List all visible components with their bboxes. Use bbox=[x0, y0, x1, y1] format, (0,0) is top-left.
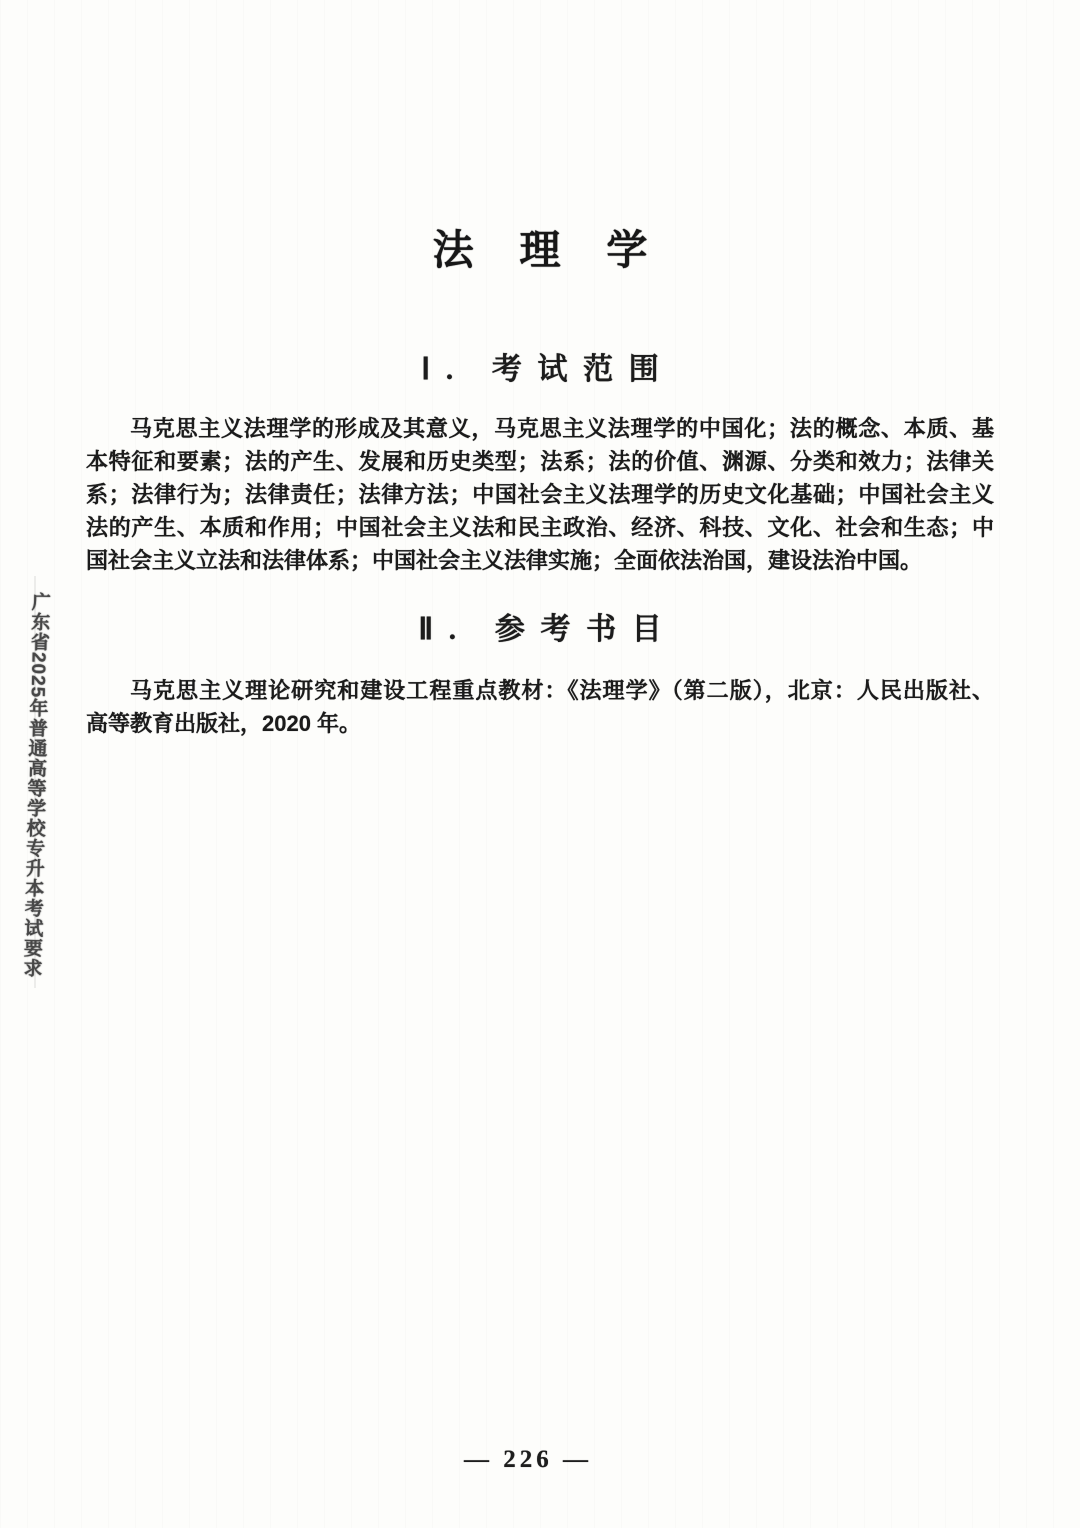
paragraph-line: 马克思主义法理学的形成及其意义，马克思主义法理学的中国化；法的概念、本质、基 bbox=[86, 412, 994, 445]
paragraph-line: 法的产生、本质和作用；中国社会主义法和民主政治、经济、科技、文化、社会和生态；中 bbox=[86, 511, 994, 544]
section-heading-reference-books: Ⅱ. 参考书目 bbox=[0, 604, 1080, 648]
paragraph-line: 国社会主义立法和法律体系；中国社会主义法律实施；全面依法治国，建设法治中国。 bbox=[86, 544, 994, 577]
left-margin-watermark: 广东省2025年普通高等学校专升本考试要求 bbox=[17, 592, 53, 979]
paragraph-line: 马克思主义理论研究和建设工程重点教材：《法理学》（第二版），北京：人民出版社、 bbox=[86, 674, 994, 707]
paragraph-line: 系；法律行为；法律责任；法律方法；中国社会主义法理学的历史文化基础；中国社会主义 bbox=[86, 478, 994, 511]
page-title: 法理学 bbox=[0, 217, 1080, 276]
section-heading-exam-scope: Ⅰ. 考试范围 bbox=[0, 344, 1080, 388]
exam-scope-paragraph: 马克思主义法理学的形成及其意义，马克思主义法理学的中国化；法的概念、本质、基 本… bbox=[86, 412, 994, 577]
paragraph-line: 高等教育出版社，2020 年。 bbox=[86, 707, 994, 740]
page-number: — 226 — bbox=[0, 1446, 1068, 1474]
paragraph-line: 本特征和要素；法的产生、发展和历史类型；法系；法的价值、渊源、分类和效力；法律关 bbox=[86, 445, 994, 478]
scanned-document-page: 广东省2025年普通高等学校专升本考试要求 法理学 Ⅰ. 考试范围 马克思主义法… bbox=[0, 0, 1080, 1528]
reference-books-paragraph: 马克思主义理论研究和建设工程重点教材：《法理学》（第二版），北京：人民出版社、 … bbox=[86, 674, 994, 740]
